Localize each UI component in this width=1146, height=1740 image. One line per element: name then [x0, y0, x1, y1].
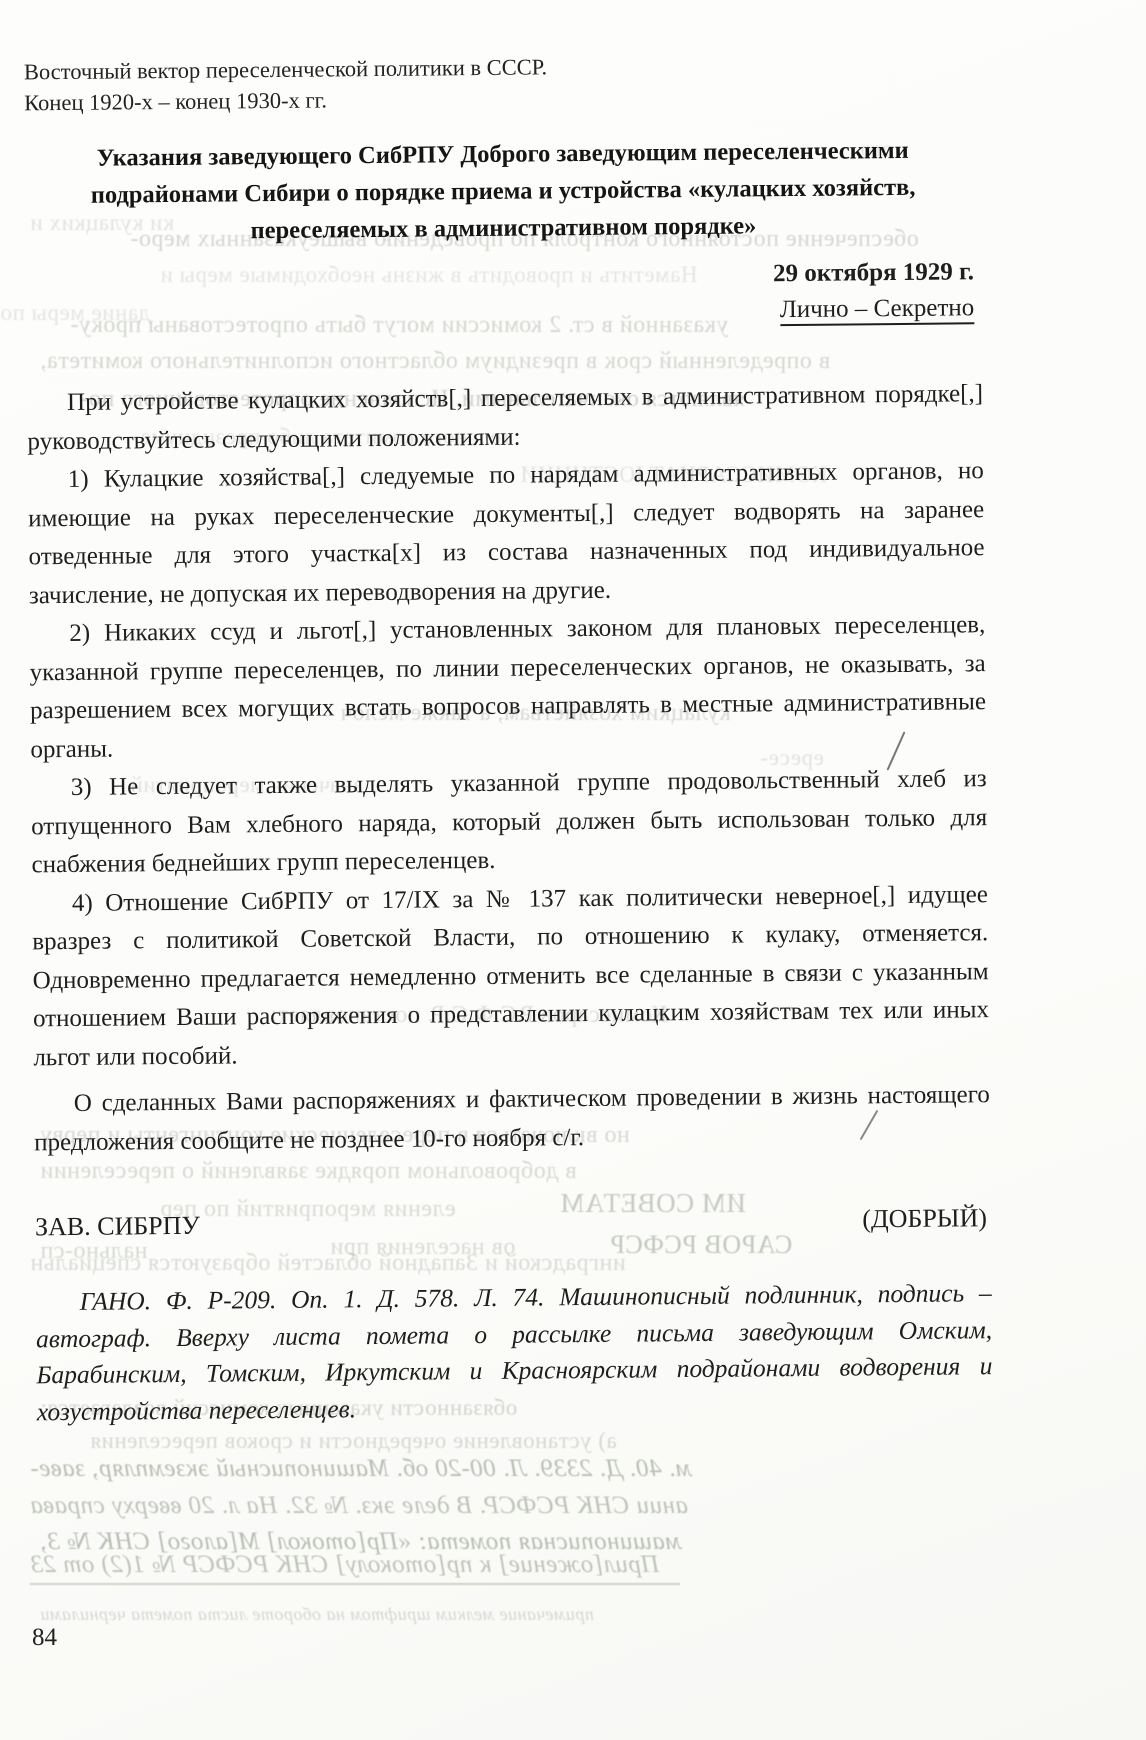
signature-name: (ДОБРЫЙ) — [862, 1203, 987, 1234]
page-number: 84 — [32, 1624, 57, 1652]
signature-row: ЗАВ. СИБРПУ (ДОБРЫЙ) — [35, 1203, 991, 1242]
signature-position: ЗАВ. СИБРПУ — [35, 1211, 200, 1243]
classification-stamp: Лично – Секретно — [26, 291, 982, 334]
bleedthrough-text: Прил[ожение] к пр[отоколу] СНК РСФСР № 1… — [30, 1551, 659, 1579]
body-paragraph: 1) Кулацкие хозяйства[,] следуемые по на… — [28, 452, 985, 615]
bleedthrough-text: м. 40. Д. 2339. Л. 00-20 об. Машинописны… — [30, 1455, 692, 1483]
body-paragraph: 4) Отношение СибРПУ от 17/IX за № 137 ка… — [32, 876, 990, 1078]
running-head: Восточный вектор переселенческой политик… — [24, 47, 981, 118]
book-page-scan: огоки кулацких иобеспечение постоянного … — [0, 0, 1146, 1740]
bleedthrough-text: примечание мелким шрифтом на обороте лис… — [40, 1604, 594, 1625]
document-body: При устройстве кулацких хозяйств[,] пере… — [27, 375, 990, 1162]
archival-citation: ГАНО. Ф. Р-209. Оп. 1. Д. 578. Л. 74. Ма… — [36, 1275, 993, 1430]
classification-text: Лично – Секретно — [780, 294, 975, 326]
printed-content: Восточный вектор переселенческой политик… — [23, 0, 993, 1430]
body-paragraph: 2) Никаких ссуд и льгот[,] установленных… — [29, 606, 986, 769]
document-title: Указания заведующего СибРПУ Доброго заве… — [47, 131, 960, 251]
bleedthrough-text: а) установление очередности и сроков пер… — [90, 1428, 617, 1454]
bleedthrough-text: ании СНК РСФСР. В деле экз. № 32. На л. … — [30, 1492, 688, 1520]
body-paragraph: О сделанных Вами распоряжениях и фактиче… — [34, 1076, 991, 1162]
bleed-footnote-rule — [30, 1583, 680, 1585]
bleedthrough-text: машинописная помета: «Пр[отокол] М[алого… — [40, 1528, 681, 1556]
body-paragraph: При устройстве кулацких хозяйств[,] пере… — [27, 375, 984, 461]
body-paragraph: 3) Не следует также выделять указанной г… — [31, 760, 988, 885]
